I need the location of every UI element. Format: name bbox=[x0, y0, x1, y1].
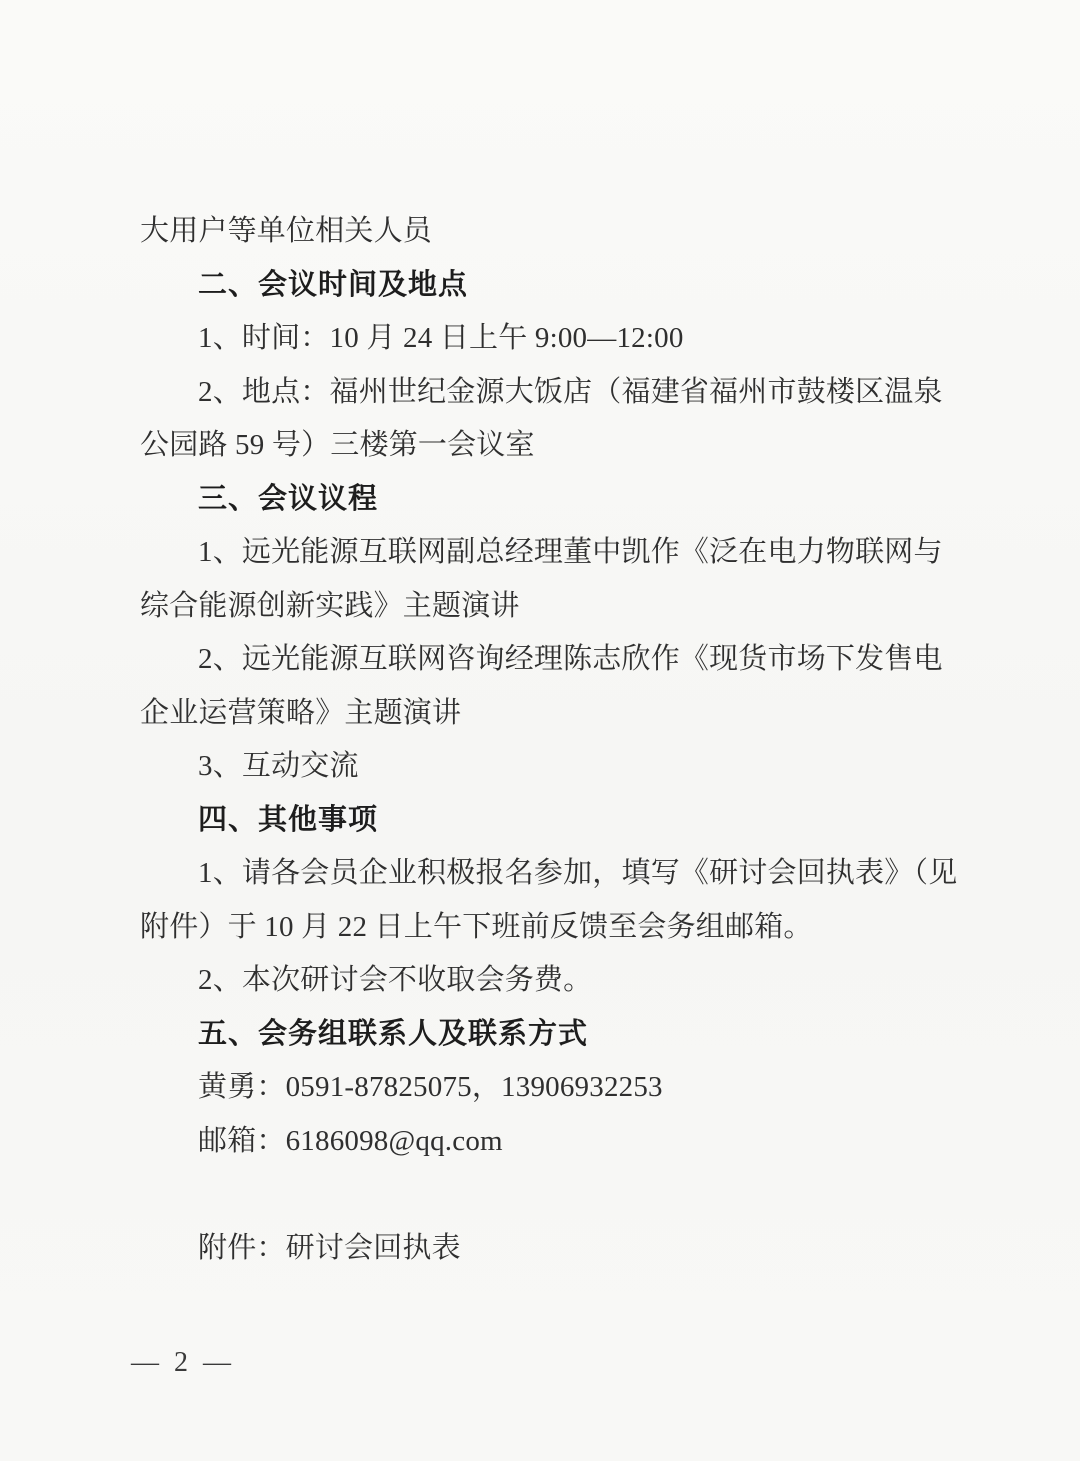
document-line: 附件：研讨会回执表 bbox=[140, 1222, 950, 1276]
document-page: 大用户等单位相关人员二、会议时间及地点1、时间：10 月 24 日上午 9:00… bbox=[0, 0, 1080, 1461]
document-line: 大用户等单位相关人员 bbox=[140, 205, 950, 259]
document-line: 2、本次研讨会不收取会务费。 bbox=[140, 954, 950, 1008]
document-line: 综合能源创新实践》主题演讲 bbox=[140, 580, 950, 634]
section-heading: 二、会议时间及地点 bbox=[140, 259, 950, 313]
document-line: 3、互动交流 bbox=[140, 740, 950, 794]
section-heading: 五、会务组联系人及联系方式 bbox=[140, 1008, 950, 1062]
document-line: 2、地点：福州世纪金源大饭店（福建省福州市鼓楼区温泉 bbox=[140, 366, 950, 420]
document-line: 邮箱：6186098@qq.com bbox=[140, 1115, 950, 1169]
page-number: — 2 — bbox=[131, 1346, 235, 1380]
section-heading: 三、会议议程 bbox=[140, 473, 950, 527]
document-line: 黄勇：0591-87825075，13906932253 bbox=[140, 1061, 950, 1115]
document-line: 1、远光能源互联网副总经理董中凯作《泛在电力物联网与 bbox=[140, 526, 950, 580]
blank-line bbox=[140, 1168, 950, 1222]
document-line: 1、请各会员企业积极报名参加，填写《研讨会回执表》（见 bbox=[140, 847, 950, 901]
document-line: 附件）于 10 月 22 日上午下班前反馈至会务组邮箱。 bbox=[140, 901, 950, 955]
document-body: 大用户等单位相关人员二、会议时间及地点1、时间：10 月 24 日上午 9:00… bbox=[140, 205, 950, 1275]
document-line: 企业运营策略》主题演讲 bbox=[140, 687, 950, 741]
section-heading: 四、其他事项 bbox=[140, 794, 950, 848]
document-line: 公园路 59 号）三楼第一会议室 bbox=[140, 419, 950, 473]
document-line: 1、时间：10 月 24 日上午 9:00—12:00 bbox=[140, 312, 950, 366]
document-line: 2、远光能源互联网咨询经理陈志欣作《现货市场下发售电 bbox=[140, 633, 950, 687]
